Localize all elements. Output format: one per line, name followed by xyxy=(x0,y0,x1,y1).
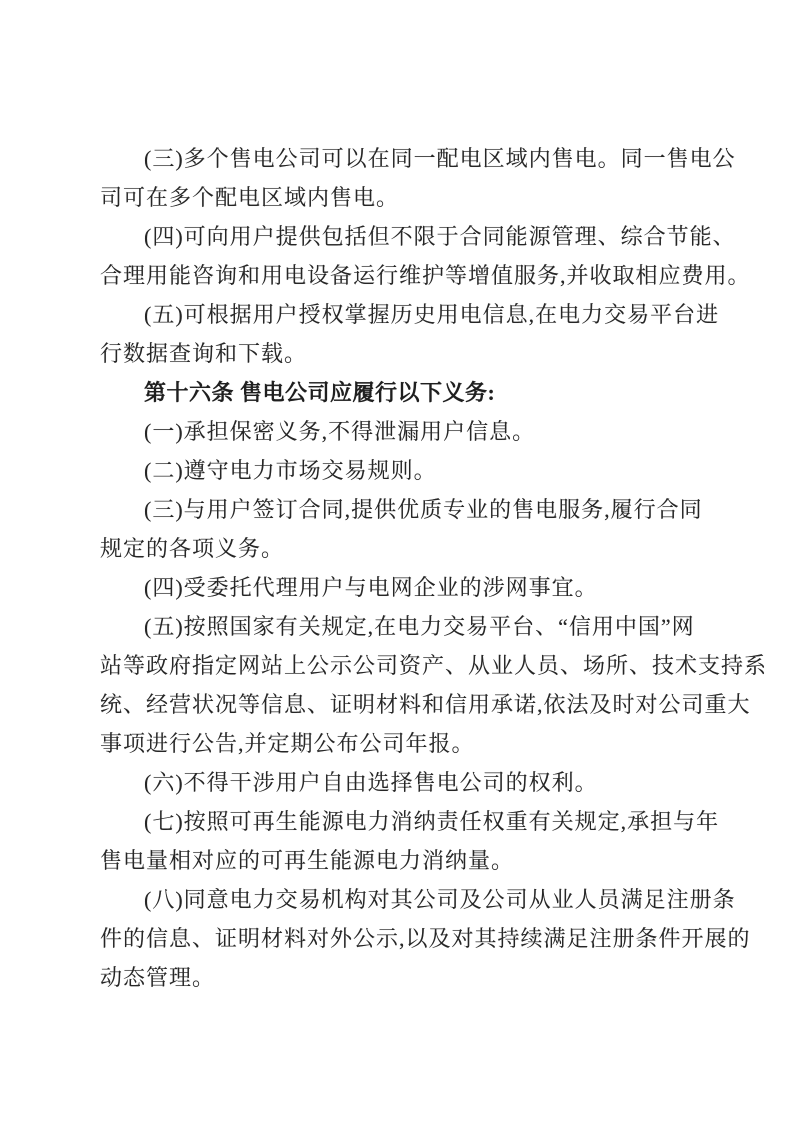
paragraph: (八)同意电力交易机构对其公司及公司从业人员满足注册条件的信息、证明材料对外公示… xyxy=(100,880,768,997)
text-line: 事项进行公告,并定期公布公司年报。 xyxy=(100,724,768,763)
text-line: 售电量相对应的可再生能源电力消纳量。 xyxy=(100,841,768,880)
text-line: 件的信息、证明材料对外公示,以及对其持续满足注册条件开展的 xyxy=(100,919,768,958)
paragraph: (一)承担保密义务,不得泄漏用户信息。 xyxy=(100,412,768,451)
text-line: (七)按照可再生能源电力消纳责任权重有关规定,承担与年 xyxy=(100,802,768,841)
text-line: 站等政府指定网站上公示公司资产、从业人员、场所、技术支持系 xyxy=(100,646,768,685)
text-line: (三)与用户签订合同,提供优质专业的售电服务,履行合同 xyxy=(100,490,768,529)
text-line: (三)多个售电公司可以在同一配电区域内售电。同一售电公 xyxy=(100,139,768,178)
paragraph: (三)与用户签订合同,提供优质专业的售电服务,履行合同规定的各项义务。 xyxy=(100,490,768,568)
text-line: (二)遵守电力市场交易规则。 xyxy=(100,451,768,490)
text-line: 统、经营状况等信息、证明材料和信用承诺,依法及时对公司重大 xyxy=(100,685,768,724)
paragraph: (四)可向用户提供包括但不限于合同能源管理、综合节能、合理用能咨询和用电设备运行… xyxy=(100,217,768,295)
article-heading: 第十六条 售电公司应履行以下义务: xyxy=(100,373,768,412)
text-line: (五)可根据用户授权掌握历史用电信息,在电力交易平台进 xyxy=(100,295,768,334)
paragraph: (五)按照国家有关规定,在电力交易平台、“信用中国”网站等政府指定网站上公示公司… xyxy=(100,607,768,763)
text-line: 第十六条 售电公司应履行以下义务: xyxy=(100,373,768,412)
text-line: 司可在多个配电区域内售电。 xyxy=(100,178,768,217)
paragraph: (二)遵守电力市场交易规则。 xyxy=(100,451,768,490)
text-line: (四)可向用户提供包括但不限于合同能源管理、综合节能、 xyxy=(100,217,768,256)
text-line: 动态管理。 xyxy=(100,958,768,997)
text-line: (六)不得干涉用户自由选择售电公司的权利。 xyxy=(100,763,768,802)
paragraph: (六)不得干涉用户自由选择售电公司的权利。 xyxy=(100,763,768,802)
paragraph: (五)可根据用户授权掌握历史用电信息,在电力交易平台进行数据查询和下载。 xyxy=(100,295,768,373)
text-line: 规定的各项义务。 xyxy=(100,529,768,568)
paragraph: (四)受委托代理用户与电网企业的涉网事宜。 xyxy=(100,568,768,607)
document-page: (三)多个售电公司可以在同一配电区域内售电。同一售电公司可在多个配电区域内售电。… xyxy=(0,0,794,1123)
text-line: (四)受委托代理用户与电网企业的涉网事宜。 xyxy=(100,568,768,607)
text-line: (八)同意电力交易机构对其公司及公司从业人员满足注册条 xyxy=(100,880,768,919)
paragraph: (七)按照可再生能源电力消纳责任权重有关规定,承担与年售电量相对应的可再生能源电… xyxy=(100,802,768,880)
text-line: 合理用能咨询和用电设备运行维护等增值服务,并收取相应费用。 xyxy=(100,256,768,295)
text-line: 行数据查询和下载。 xyxy=(100,334,768,373)
text-line: (五)按照国家有关规定,在电力交易平台、“信用中国”网 xyxy=(100,607,768,646)
text-line: (一)承担保密义务,不得泄漏用户信息。 xyxy=(100,412,768,451)
paragraph: (三)多个售电公司可以在同一配电区域内售电。同一售电公司可在多个配电区域内售电。 xyxy=(100,139,768,217)
document-body: (三)多个售电公司可以在同一配电区域内售电。同一售电公司可在多个配电区域内售电。… xyxy=(100,139,768,997)
